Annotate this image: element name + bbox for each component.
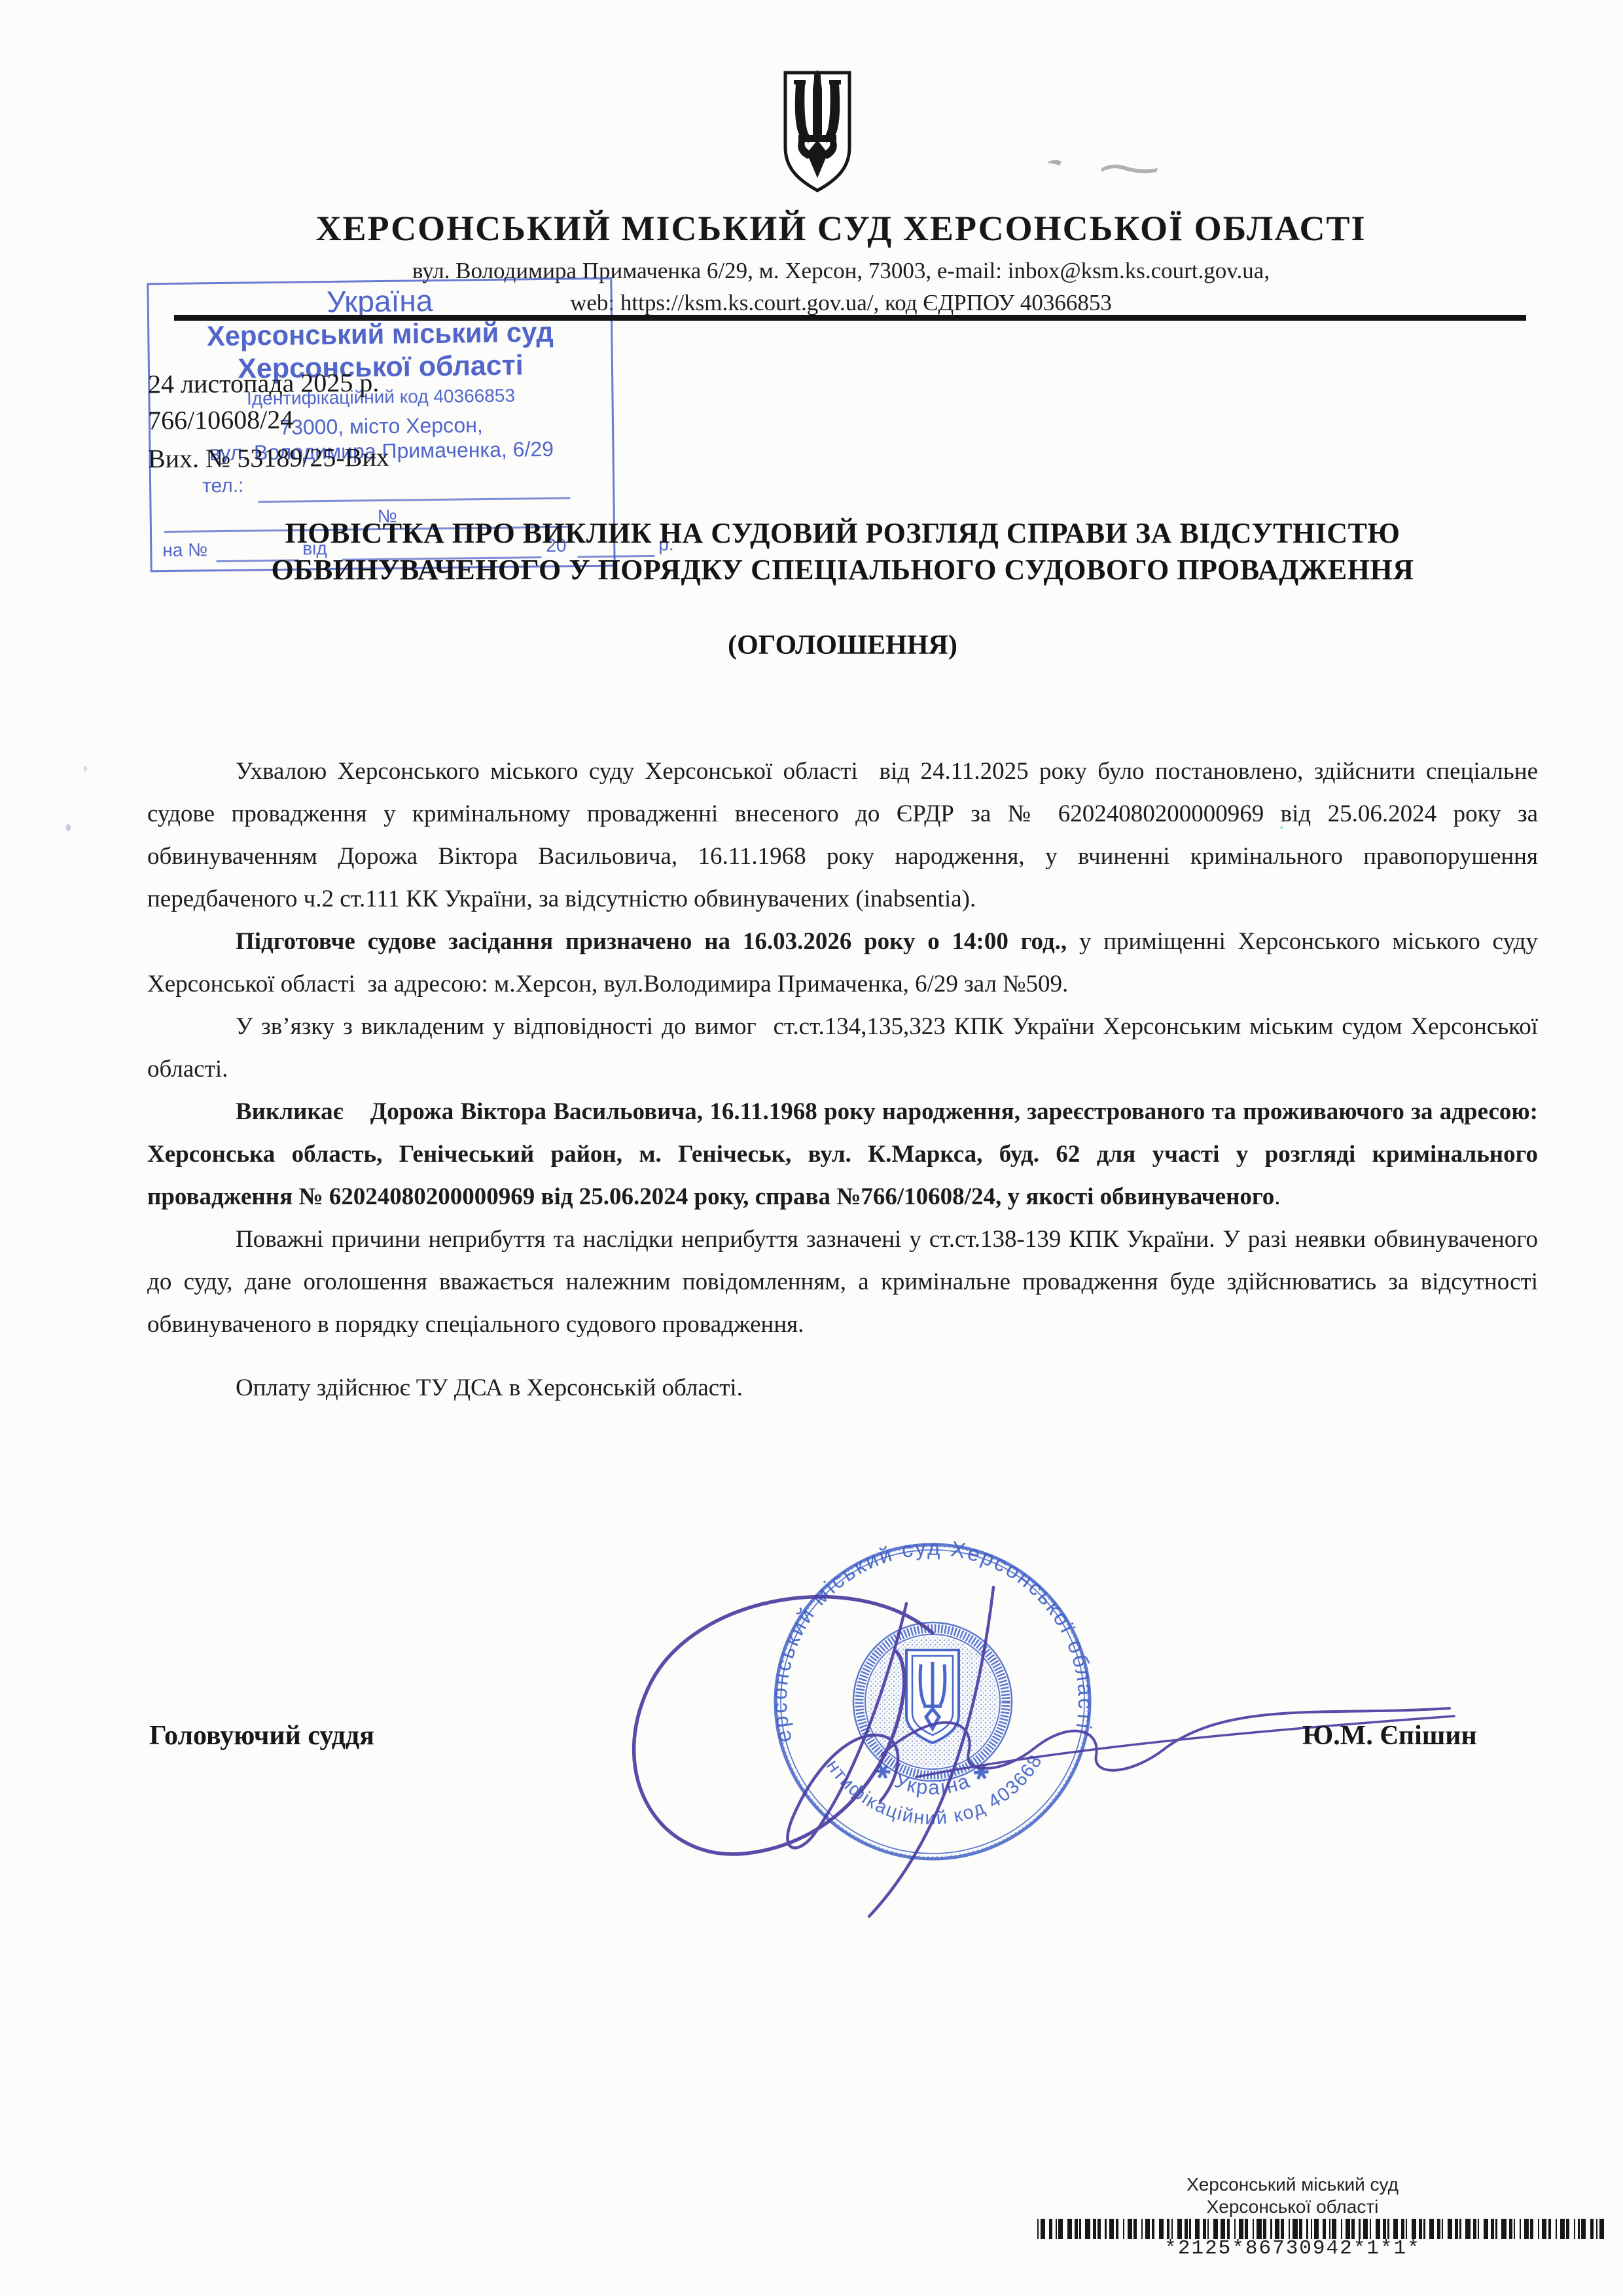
body-segment: Ухвалою Херсонського міського суду Херсо… bbox=[147, 758, 1538, 912]
body-paragraph: Поважні причини неприбуття та наслідки н… bbox=[147, 1218, 1538, 1346]
body-segment: У зв’язку з викладеним у відповідності д… bbox=[147, 1013, 1538, 1083]
document-title-line1: ПОВІСТКА ПРО ВИКЛИК НА СУДОВИЙ РОЗГЛЯД С… bbox=[147, 516, 1538, 550]
scanned-court-document: ХЕРСОНСЬКИЙ МІСЬКИЙ СУД ХЕРСОНСЬКОЇ ОБЛА… bbox=[0, 0, 1623, 2296]
barcode bbox=[1037, 2219, 1616, 2239]
outgoing-number: Вих. № 53189/25-Вих bbox=[148, 442, 389, 475]
scan-speck bbox=[1280, 826, 1283, 829]
document-title-line2: ОБВИНУВАЧЕНОГО У ПОРЯДКУ СПЕЦІАЛЬНОГО СУ… bbox=[147, 553, 1538, 586]
body-segment: Поважні причини неприбуття та наслідки н… bbox=[147, 1226, 1538, 1338]
case-number: 766/10608/24 bbox=[148, 404, 294, 436]
header-divider-line bbox=[174, 315, 1526, 321]
document-subtitle: (ОГОЛОШЕННЯ) bbox=[147, 630, 1538, 661]
body-text: Ухвалою Херсонського міського суду Херсо… bbox=[147, 750, 1538, 1409]
document-date: 24 листопада 2025 р. bbox=[148, 367, 380, 399]
court-address-line: вул. Володимира Примаченка 6/29, м. Херс… bbox=[92, 258, 1590, 284]
signature-ink bbox=[576, 1558, 1492, 1964]
judge-name: Ю.М. Єпішин bbox=[1302, 1720, 1525, 1751]
barcode-caption-line2: Херсонської області bbox=[995, 2197, 1590, 2217]
body-segment-bold: Підготовче судове засідання призначено н… bbox=[236, 928, 1067, 955]
barcode-caption-line1: Херсонський міський суд bbox=[995, 2174, 1590, 2195]
stamp-tel-label: тел.: bbox=[202, 475, 244, 498]
scan-speck bbox=[84, 766, 87, 772]
body-segment-bold: Викликає Дорожа Віктора Васильовича, 16.… bbox=[147, 1098, 1538, 1210]
court-name: ХЕРСОНСЬКИЙ МІСЬКИЙ СУД ХЕРСОНСЬКОЇ ОБЛА… bbox=[92, 208, 1590, 249]
scan-speck bbox=[66, 824, 71, 831]
stamp-court-line1: Херсонський міський суд bbox=[156, 316, 604, 353]
presiding-judge-label: Головуючий суддя bbox=[149, 1720, 374, 1751]
stamp-tel-underline bbox=[258, 497, 570, 503]
body-paragraph: Підготовче судове засідання призначено н… bbox=[147, 920, 1538, 1005]
body-segment: Оплату здійснює ТУ ДСА в Херсонській обл… bbox=[236, 1374, 743, 1401]
body-paragraph: Оплату здійснює ТУ ДСА в Херсонській обл… bbox=[147, 1367, 1538, 1409]
body-paragraph: Викликає Дорожа Віктора Васильовича, 16.… bbox=[147, 1090, 1538, 1218]
body-paragraph: У зв’язку з викладеним у відповідності д… bbox=[147, 1005, 1538, 1090]
body-paragraph: Ухвалою Херсонського міського суду Херсо… bbox=[147, 750, 1538, 920]
trident-emblem-icon bbox=[781, 69, 854, 195]
barcode-value: *2125*86730942*1*1* bbox=[995, 2237, 1590, 2260]
body-segment: . bbox=[1274, 1183, 1280, 1210]
scan-smudge-artifact bbox=[1044, 154, 1162, 183]
